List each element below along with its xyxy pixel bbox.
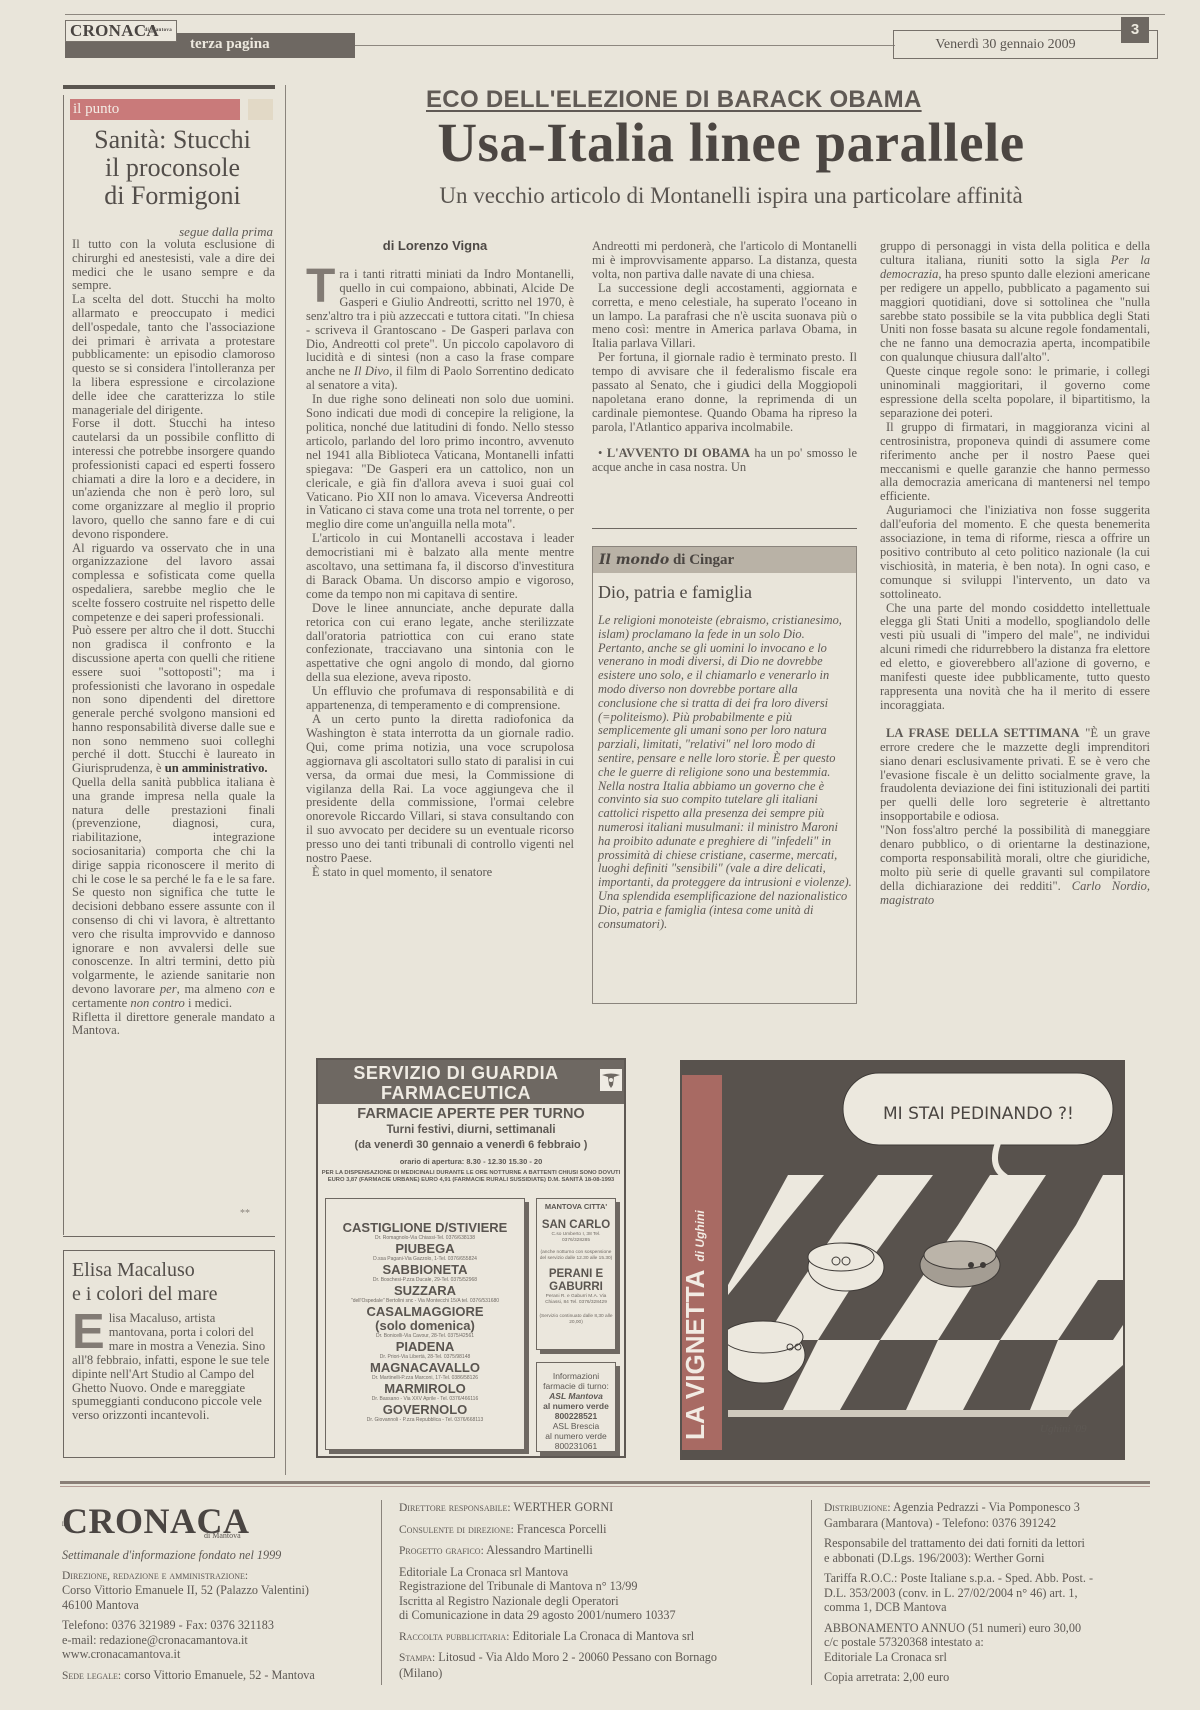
pharmacy-ad-title: SERVIZIO DI GUARDIA FARMACEUTICA bbox=[318, 1060, 624, 1104]
info-text: al numero verde bbox=[537, 1431, 615, 1441]
paragraph: In due righe sono delineati non solo due… bbox=[306, 393, 574, 532]
footer-line: Raccolta pubblicitaria: Editoriale La Cr… bbox=[399, 1629, 809, 1645]
pharmacy-notice: PER LA DISPENSAZIONE DI MEDICINALI DURAN… bbox=[318, 1170, 624, 1184]
footer-value: Alessandro Martinelli bbox=[486, 1543, 593, 1557]
left-title-line: il proconsole bbox=[70, 154, 275, 182]
elisa-title-line: e i colori del mare bbox=[72, 1282, 272, 1306]
pharmacy-title-line: FARMACEUTICA bbox=[318, 1083, 594, 1103]
paragraph: Auguriamoci che l'iniziativa non fosse s… bbox=[880, 504, 1150, 601]
article-kicker: ECO DELL'ELEZIONE DI BARACK OBAMA bbox=[426, 86, 922, 114]
il-mondo-body: Le religioni monoteiste (ebraismo, crist… bbox=[598, 614, 853, 931]
footer-col-2: Direttore responsabile: WERTHER GORNI Co… bbox=[399, 1500, 809, 1680]
paragraph: Che una parte del mondo cosiddetto intel… bbox=[880, 602, 1150, 713]
paragraph: Una splendida esemplificazione del nazio… bbox=[598, 890, 853, 931]
footer-web-link[interactable]: www.cronacamantova.it bbox=[62, 1647, 382, 1662]
paragraph: La scelta del dott. Stucchi ha molto all… bbox=[72, 293, 275, 417]
text: Quella della sanità pubblica italiana è … bbox=[72, 775, 275, 996]
pharmacy-town: GOVERNOLO bbox=[326, 1403, 524, 1417]
cartoon-signature: Ughini '09 bbox=[1040, 1423, 1087, 1435]
footer-line: di Comunicazione in data 29 agosto 2001/… bbox=[399, 1608, 809, 1623]
footer-sede: Sede legale: corso Vittorio Emanuele, 52… bbox=[62, 1668, 382, 1684]
article-column-1: Tra i tanti ritratti miniati da Indro Mo… bbox=[306, 268, 574, 880]
vignetta-title: LA VIGNETTA bbox=[680, 1270, 710, 1440]
text: , ha preso spunto dalle elezioni america… bbox=[880, 267, 1150, 364]
pharmacy-town: CASTIGLIONE D/STIVIERE bbox=[326, 1221, 524, 1235]
footer-label: Progetto grafico: bbox=[399, 1545, 484, 1557]
left-title-line: di Formigoni bbox=[70, 182, 275, 210]
footer-line: Registrazione del Tribunale di Mantova n… bbox=[399, 1579, 809, 1594]
pharmacy-address: Perani R. e Gaburri M.A. Via Chiassi, 84… bbox=[537, 1294, 615, 1306]
pharmacy-entry: (solo domenica)Dr. Bonicelli-Via Cavour,… bbox=[326, 1319, 524, 1340]
pharmacy-address: Dr. Giovannoli - P.zza Repubblica - Tel.… bbox=[326, 1417, 524, 1424]
info-asl: ASL Mantova bbox=[537, 1391, 615, 1401]
text: gruppo di personaggi in vista della poli… bbox=[880, 239, 1150, 267]
il-punto-square bbox=[248, 99, 273, 120]
left-column-border bbox=[63, 95, 64, 1235]
info-phone: 800231061 bbox=[537, 1441, 615, 1451]
footer-label: Sede legale: bbox=[62, 1670, 121, 1682]
mantova-city-box: MANTOVA CITTA' SAN CARLO C.so Umberto I,… bbox=[536, 1198, 616, 1350]
footer-address: Corso Vittorio Emanuele II, 52 (Palazzo … bbox=[62, 1583, 382, 1598]
footer-address: 46100 Mantova bbox=[62, 1598, 382, 1613]
paragraph: Queste cinque regole sono: le primarie, … bbox=[880, 365, 1150, 421]
caduceus-icon bbox=[600, 1069, 622, 1091]
footer-rule-accent bbox=[60, 1486, 1150, 1487]
pharmacy-address: C.so Umberto I, 38 Tel. 0376/328285 bbox=[537, 1232, 615, 1244]
footer-col-3: Distribuzione: Agenzia Pedrazzi - Via Po… bbox=[824, 1500, 1164, 1685]
text: "È un grave errore credere che le mazzet… bbox=[880, 726, 1150, 823]
section-label: terza pagina bbox=[190, 36, 270, 53]
il-mondo-title: Dio, patria e famiglia bbox=[598, 582, 752, 603]
footer-value: Agenzia Pedrazzi - Via Pomponesco 3 bbox=[893, 1500, 1080, 1514]
footer-value: Litosud - Via Aldo Moro 2 - 20060 Pessan… bbox=[438, 1650, 717, 1664]
footer-line: Iscritta al Registro Nazionale degli Ope… bbox=[399, 1594, 809, 1609]
paragraph: LA FRASE DELLA SETTIMANA "È un grave err… bbox=[880, 727, 1150, 824]
paragraph: Quella della sanità pubblica italiana è … bbox=[72, 776, 275, 1011]
footer-line: ABBONAMENTO ANNUO (51 numeri) euro 30,00 bbox=[824, 1621, 1164, 1636]
footer-line: Distribuzione: Agenzia Pedrazzi - Via Po… bbox=[824, 1500, 1164, 1516]
footer-value: corso Vittorio Emanuele, 52 - Mantova bbox=[124, 1668, 315, 1682]
left-title-line: Sanità: Stucchi bbox=[70, 126, 275, 154]
pharmacy-title-line: SERVIZIO DI GUARDIA bbox=[318, 1063, 594, 1083]
il-mondo-label: Il mondo bbox=[599, 552, 669, 568]
pharmacy-entry: CASTIGLIONE D/STIVIEREDr. Romagnolo-Via … bbox=[326, 1221, 524, 1242]
speech-bubble-text: MI STAI PEDINANDO ?! bbox=[883, 1104, 1074, 1124]
pharmacy-town: PIADENA bbox=[326, 1340, 524, 1354]
pharmacy-period: (da venerdì 30 gennaio a venerdì 6 febbr… bbox=[318, 1139, 624, 1151]
paragraph: Al riguardo va osservato che in una orga… bbox=[72, 542, 275, 625]
footer-line: Gambarara (Mantova) - Telefono: 0376 391… bbox=[824, 1516, 1164, 1531]
footer-line: comma 1, DCB Mantova bbox=[824, 1600, 1164, 1615]
elisa-title: Elisa Macaluso e i colori del mare bbox=[72, 1258, 272, 1306]
paragraph: L'articolo in cui Montanelli accostava i… bbox=[306, 532, 574, 602]
paragraph: A un certo punto la diretta radiofonica … bbox=[306, 713, 574, 866]
pharmacy-subtitle: FARMACIE APERTE PER TURNO bbox=[318, 1106, 624, 1122]
italic-text: con bbox=[246, 982, 264, 996]
pharmacy-hours: orario di apertura: 8.30 - 12.30 15.30 -… bbox=[318, 1157, 624, 1166]
pharmacy-note: (Servizio continuato dalle 8,30 alle 20,… bbox=[537, 1314, 615, 1326]
paragraph: Rifletta il direttore generale mandato a… bbox=[72, 1011, 275, 1039]
footer-label: Distribuzione: bbox=[824, 1502, 891, 1514]
pharmacy-town: SABBIONETA bbox=[326, 1263, 524, 1277]
paragraph: Per fortuna, il giornale radio è termina… bbox=[592, 351, 857, 434]
footer-label: Direzione, redazione e amministrazione: bbox=[62, 1569, 382, 1584]
footer-line: Stampa: Litosud - Via Aldo Moro 2 - 2006… bbox=[399, 1650, 809, 1666]
italic-text: per bbox=[160, 982, 177, 996]
left-article-body: Il tutto con la voluta esclusione di chi… bbox=[72, 238, 275, 1038]
info-asl: ASL Brescia bbox=[537, 1421, 615, 1431]
italic-text: Il Divo bbox=[354, 364, 389, 378]
footer-value: Francesca Porcelli bbox=[517, 1522, 607, 1536]
dropcap: T bbox=[306, 268, 335, 306]
footer-label: Consulente di direzione: bbox=[399, 1524, 514, 1536]
paragraph: Nella nostra Italia abbiamo un governo c… bbox=[598, 780, 853, 890]
footer-rule bbox=[60, 1481, 1150, 1484]
info-text: al numero verde bbox=[537, 1401, 615, 1411]
pharmacy-info-box: Informazioni farmacie di turno: ASL Mant… bbox=[536, 1362, 616, 1452]
footer-line: Copia arretrata: 2,00 euro bbox=[824, 1670, 1164, 1685]
info-text: farmacie di turno: bbox=[537, 1381, 615, 1391]
pharmacy-entry: SUZZARA"dell'Ospedale" Bertolini snc - V… bbox=[326, 1284, 524, 1305]
paragraph: Forse il dott. Stucchi ha inteso cautela… bbox=[72, 417, 275, 541]
footer-tagline: Settimanale d'informazione fondato nel 1… bbox=[62, 1548, 382, 1563]
vignetta-author: di Ughini bbox=[693, 1210, 707, 1261]
dropcap: E bbox=[72, 1312, 105, 1352]
left-column-rule bbox=[63, 1236, 275, 1237]
pharmacy-town: (solo domenica) bbox=[326, 1319, 524, 1333]
pharmacy-town: PIUBEGA bbox=[326, 1242, 524, 1256]
article-column-2: Andreotti mi perdonerà, che l'articolo d… bbox=[592, 240, 857, 475]
paragraph: La successione degli accostamenti, aggio… bbox=[592, 282, 857, 352]
footer-value: WERTHER GORNI bbox=[513, 1500, 613, 1514]
page-number: 3 bbox=[1121, 17, 1149, 43]
left-column-topbar bbox=[63, 85, 275, 89]
footer-col-1: Settimanale d'informazione fondato nel 1… bbox=[62, 1548, 382, 1683]
bold-text: un amministrativo. bbox=[165, 761, 268, 775]
pharmacy-turni: Turni festivi, diurni, settimanali bbox=[318, 1124, 624, 1136]
info-phone: 800228521 bbox=[537, 1411, 615, 1421]
pharmacy-entry: SABBIONETADr. Boschesi-P.zza Ducale, 29-… bbox=[326, 1263, 524, 1284]
elisa-title-line: Elisa Macaluso bbox=[72, 1258, 272, 1282]
paragraph: Il tutto con la voluta esclusione di chi… bbox=[72, 238, 275, 293]
footer-label: Raccolta pubblicitaria: bbox=[399, 1631, 509, 1643]
footer-line: Progetto grafico: Alessandro Martinelli bbox=[399, 1543, 809, 1559]
vignetta-label: LA VIGNETTAdi Ughini bbox=[680, 1210, 711, 1440]
footer-line: (Milano) bbox=[399, 1666, 809, 1681]
pharmacy-entry: PIADENADr. Priori-Via Libertà, 28-Tel. 0… bbox=[326, 1340, 524, 1361]
paragraph: • L'AVVENTO DI OBAMA ha un po' smosso le… bbox=[592, 447, 857, 475]
elisa-body: Elisa Macaluso, artista mantovana, porta… bbox=[72, 1312, 272, 1423]
text: ra i tanti ritratti miniati da Indro Mon… bbox=[306, 267, 574, 378]
bold-lead: LA FRASE DELLA SETTIMANA bbox=[886, 726, 1079, 740]
footer-line: Editoriale La Cronaca srl bbox=[824, 1650, 1164, 1665]
bold-lead: L'AVVENTO DI OBAMA bbox=[607, 446, 750, 460]
pharmacy-entry: MAGNACAVALLODr. Martinelli-P.zza Marconi… bbox=[326, 1361, 524, 1382]
footer-phone: Telefono: 0376 321989 - Fax: 0376 321183 bbox=[62, 1618, 382, 1633]
pharmacy-name: PERANI E bbox=[537, 1268, 615, 1281]
il-punto-label: il punto bbox=[70, 99, 240, 120]
pharmacy-entry: PIUBEGAD.ssa Pagani-Via Gazzolo, 1-Tel. … bbox=[326, 1242, 524, 1263]
footer-line: D.L. 353/2003 (conv. in L. 27/02/2004 n°… bbox=[824, 1586, 1164, 1601]
footer-label: Direttore responsabile: bbox=[399, 1502, 511, 1514]
pharmacy-name: GABURRI bbox=[537, 1281, 615, 1294]
footer-divider bbox=[381, 1500, 382, 1685]
cartoon-illustration: MI STAI PEDINANDO ?! bbox=[728, 1065, 1123, 1460]
footer-line: c/c postale 57320368 intestato a: bbox=[824, 1635, 1164, 1650]
paragraph: Tra i tanti ritratti miniati da Indro Mo… bbox=[306, 268, 574, 393]
date-box: Venerdì 30 gennaio 2009 bbox=[893, 30, 1158, 59]
footer-line: e abbonati (D.Lgs. 196/2003): Werther Go… bbox=[824, 1551, 1164, 1566]
pharmacy-note: (anche notturno con sospensione del serv… bbox=[537, 1250, 615, 1262]
footer-line: Responsabile del trattamento dei dati fo… bbox=[824, 1536, 1164, 1551]
article-byline: di Lorenzo Vigna bbox=[300, 238, 570, 253]
signature-stars: ** bbox=[240, 1208, 250, 1219]
mantova-header: MANTOVA CITTA' bbox=[537, 1202, 615, 1211]
header-rule bbox=[355, 45, 895, 46]
footer-email-link[interactable]: e-mail: redazione@cronacamantova.it bbox=[62, 1633, 382, 1648]
footer-line: Tariffa R.O.C.: Poste Italiane s.p.a. - … bbox=[824, 1571, 1164, 1586]
pharmacy-town: MARMIROLO bbox=[326, 1382, 524, 1396]
column-divider bbox=[285, 85, 286, 1475]
pharmacy-town: SUZZARA bbox=[326, 1284, 524, 1298]
text: i medici. bbox=[188, 996, 232, 1010]
paragraph: "Non foss'altro perché la possibilità di… bbox=[880, 824, 1150, 907]
paragraph: Le religioni monoteiste (ebraismo, crist… bbox=[598, 614, 853, 780]
pharmacy-town: MAGNACAVALLO bbox=[326, 1361, 524, 1375]
pharmacy-town: CASALMAGGIORE bbox=[326, 1305, 524, 1319]
italic-text: non contro bbox=[130, 996, 184, 1010]
pharmacy-list: CASTIGLIONE D/STIVIEREDr. Romagnolo-Via … bbox=[325, 1198, 525, 1450]
footer-divider bbox=[811, 1500, 812, 1685]
article-subhead: Un vecchio articolo di Montanelli ispira… bbox=[316, 183, 1146, 209]
paragraph: Dove le linee annunciate, anche depurate… bbox=[306, 602, 574, 685]
il-mondo-author: di Cingar bbox=[673, 552, 734, 568]
pharmacy-entry: CASALMAGGIORE bbox=[326, 1305, 524, 1319]
column-rule bbox=[592, 528, 857, 529]
paragraph: gruppo di personaggi in vista della poli… bbox=[880, 240, 1150, 365]
footer-line: Consulente di direzione: Francesca Porce… bbox=[399, 1522, 809, 1538]
paragraph: Il gruppo di firmatari, in maggioranza v… bbox=[880, 421, 1150, 504]
text: , ma almeno bbox=[177, 982, 242, 996]
article-column-3: gruppo di personaggi in vista della poli… bbox=[880, 240, 1150, 908]
footer-label: Stampa: bbox=[399, 1652, 435, 1664]
footer-line: Direttore responsabile: WERTHER GORNI bbox=[399, 1500, 809, 1516]
article-headline: Usa-Italia linee parallele bbox=[316, 112, 1146, 174]
masthead-logo: CRONACAdi Mantova bbox=[65, 20, 177, 42]
text: Può essere per altro che il dott. Stucch… bbox=[72, 623, 275, 775]
pharmacy-name: SAN CARLO bbox=[537, 1219, 615, 1232]
top-rule bbox=[65, 14, 1165, 15]
paragraph: Può essere per altro che il dott. Stucch… bbox=[72, 624, 275, 776]
paragraph: Un effluvio che profumava di responsabil… bbox=[306, 685, 574, 713]
pharmacy-entry: MARMIROLODr. Bassano - Via XXV Aprile - … bbox=[326, 1382, 524, 1403]
masthead-logo-sub: di Mantova bbox=[144, 21, 172, 41]
il-mondo-header: Il mondo di Cingar bbox=[593, 547, 856, 573]
info-text: Informazioni bbox=[537, 1371, 615, 1381]
footer-value: Editoriale La Cronaca di Mantova srl bbox=[512, 1629, 694, 1643]
pharmacy-entry: GOVERNOLODr. Giovannoli - P.zza Repubbli… bbox=[326, 1403, 524, 1424]
footer-line: Editoriale La Cronaca srl Mantova bbox=[399, 1565, 809, 1580]
paragraph: Andreotti mi perdonerà, che l'articolo d… bbox=[592, 240, 857, 282]
left-article-title: Sanità: Stucchi il proconsole di Formigo… bbox=[70, 126, 275, 210]
paragraph: È stato in quel momento, il senatore bbox=[306, 866, 574, 880]
footer-logo-la: la bbox=[62, 1522, 66, 1528]
footer-logo-sub: di Mantova bbox=[204, 1531, 241, 1540]
